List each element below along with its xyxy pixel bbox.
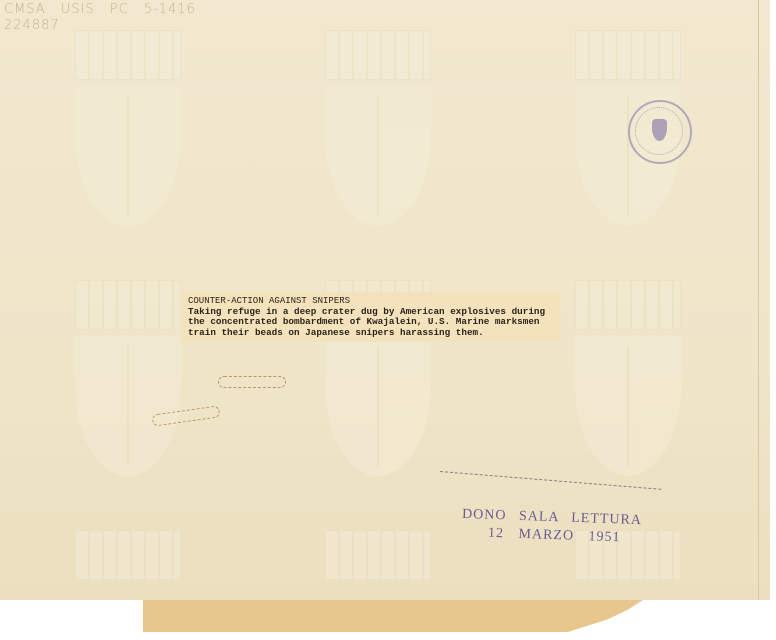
caption-title: COUNTER-ACTION AGAINST SNIPERS [188, 296, 554, 307]
document-sheet: CMSA USIS PC 5-1416 224887 COUNTER-ACTIO… [0, 0, 770, 600]
watermark-shield-icon [75, 530, 181, 580]
crest-icon [652, 119, 667, 141]
circular-seal-icon [628, 100, 692, 164]
caption-line: train their beads on Japanese snipers ha… [188, 328, 554, 339]
paper-strip [143, 600, 643, 632]
handwritten-reference: CMSA USIS PC 5-1416 [4, 2, 196, 17]
handwritten-inventory-number: 224887 [4, 18, 60, 33]
rust-mark [218, 376, 286, 388]
watermark-shield-icon [325, 530, 431, 580]
caption-line: the concentrated bombardment of Kwajalei… [188, 317, 554, 328]
caption-slip: COUNTER-ACTION AGAINST SNIPERSTaking ref… [182, 292, 560, 342]
watermark-shield-icon [575, 280, 681, 476]
watermark-shield-icon [325, 30, 431, 226]
library-stamp-line2: 12 MARZO 1951 [488, 526, 621, 547]
watermark-shield-icon [75, 280, 181, 476]
watermark-shield-icon [75, 30, 181, 226]
